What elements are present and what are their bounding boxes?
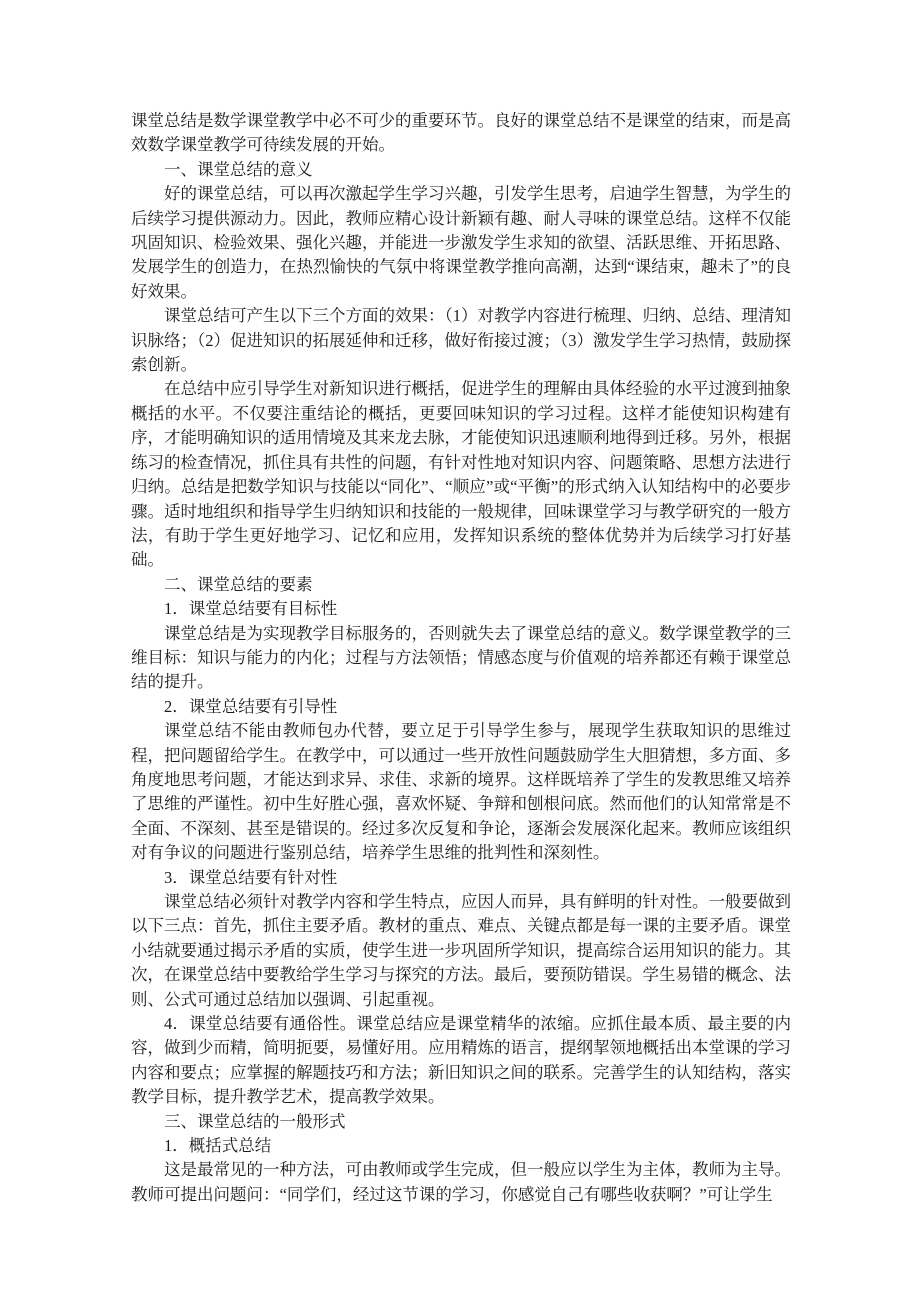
paragraph-guiding-nature: 课堂总结不能由教师包办代替，要立足于引导学生参与，展现学生获取知识的思维过程，把… [131,719,791,865]
paragraph-meaning-2-effects: 课堂总结可产生以下三个方面的效果：（1）对教学内容进行梳理、归纳、总结、理清知识… [131,304,791,377]
heading-section-1: 一、课堂总结的意义 [131,158,791,182]
paragraph-meaning-1: 好的课堂总结，可以再次激起学生学习兴趣，引发学生思考，启迪学生智慧，为学生的后续… [131,182,791,304]
document-body: 课堂总结是数学课堂教学中必不可少的重要环节。良好的课堂总结不是课堂的结束，而是高… [131,109,791,1207]
document-page: 课堂总结是数学课堂教学中必不可少的重要环节。良好的课堂总结不是课堂的结束，而是高… [0,0,920,1302]
heading-item-2-2: 2．课堂总结要有引导性 [131,695,791,719]
paragraph-popularity: 4．课堂总结要有通俗性。课堂总结应是课堂精华的浓缩。应抓住最本质、最主要的内容，… [131,1012,791,1110]
heading-item-2-1: 1．课堂总结要有目标性 [131,597,791,621]
heading-item-2-3: 3．课堂总结要有针对性 [131,866,791,890]
paragraph-pertinence: 课堂总结必须针对教学内容和学生特点，应因人而异，具有鲜明的针对性。一般要做到以下… [131,890,791,1012]
heading-section-3: 三、课堂总结的一般形式 [131,1110,791,1134]
heading-section-2: 二、课堂总结的要素 [131,573,791,597]
paragraph-goal-orientation: 课堂总结是为实现教学目标服务的，否则就失去了课堂总结的意义。数学课堂教学的三维目… [131,622,791,695]
paragraph-intro: 课堂总结是数学课堂教学中必不可少的重要环节。良好的课堂总结不是课堂的结束，而是高… [131,109,791,158]
heading-item-3-1: 1．概括式总结 [131,1134,791,1158]
paragraph-meaning-3-guidance: 在总结中应引导学生对新知识进行概括，促进学生的理解由具体经验的水平过渡到抽象概括… [131,377,791,572]
paragraph-summary-method: 这是最常见的一种方法，可由教师或学生完成，但一般应以学生为主体，教师为主导。教师… [131,1158,791,1207]
